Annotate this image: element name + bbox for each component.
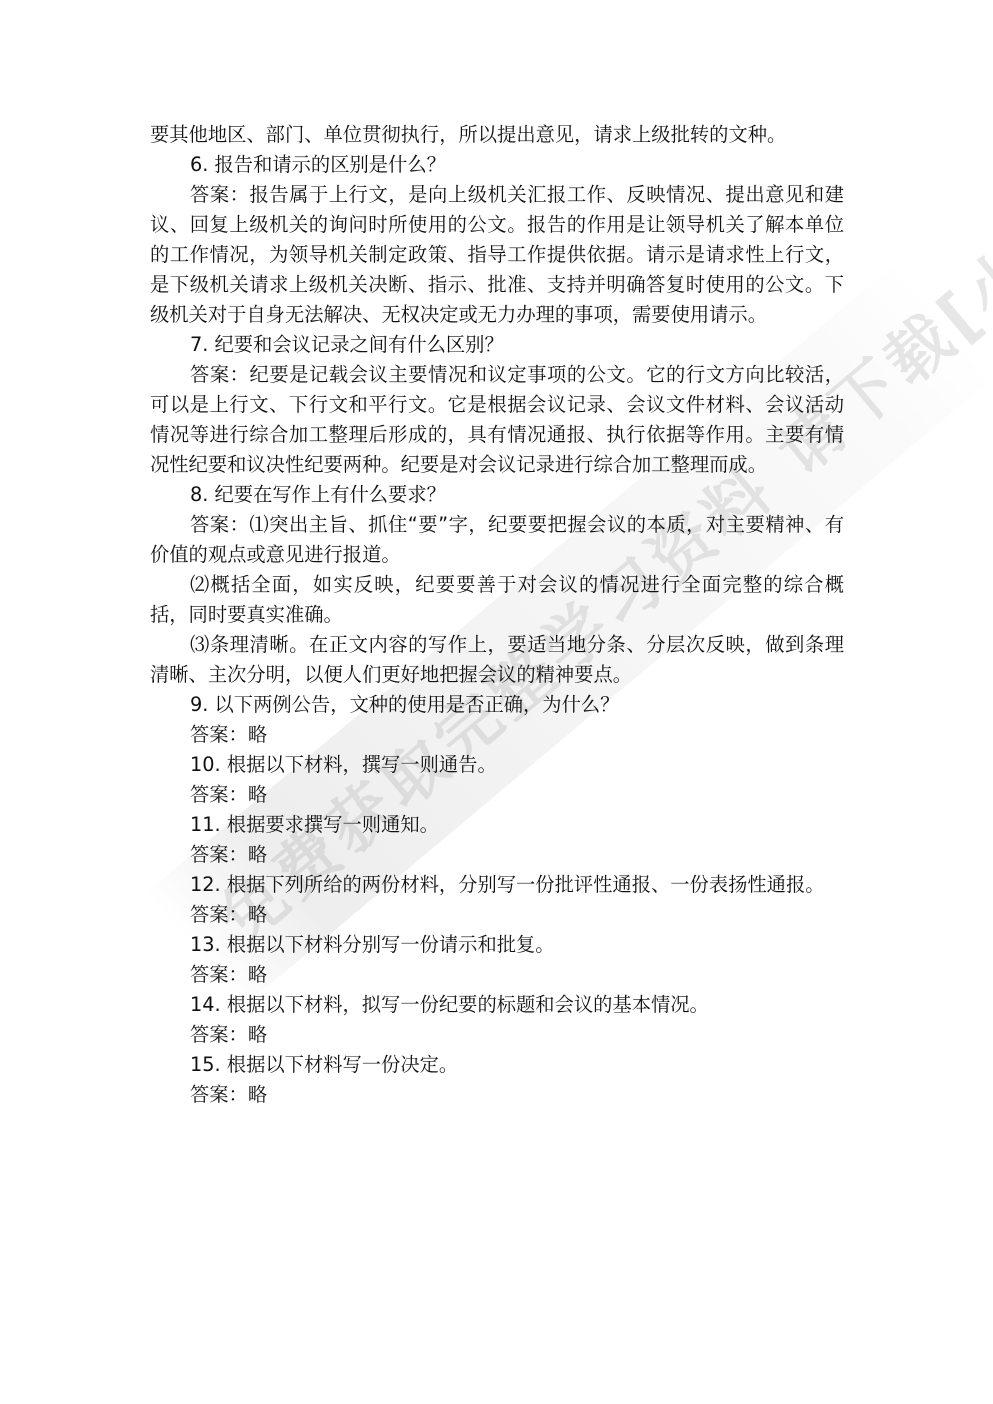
question-15: 15. 根据以下材料写一份决定。 xyxy=(150,1050,844,1080)
question-13: 13. 根据以下材料分别写一份请示和批复。 xyxy=(150,930,844,960)
question-10: 10. 根据以下材料，撰写一则通告。 xyxy=(150,750,844,780)
answer-9: 答案：略 xyxy=(150,720,844,750)
question-11: 11. 根据要求撰写一则通知。 xyxy=(150,810,844,840)
answer-8-point-3: ⑶条理清晰。在正文内容的写作上，要适当地分条、分层次反映，做到条理清晰、主次分明… xyxy=(150,630,844,690)
question-12: 12. 根据下列所给的两份材料，分别写一份批评性通报、一份表扬性通报。 xyxy=(150,870,844,900)
answer-10: 答案：略 xyxy=(150,780,844,810)
question-9: 9. 以下两例公告，文种的使用是否正确，为什么？ xyxy=(150,690,844,720)
question-6: 6. 报告和请示的区别是什么？ xyxy=(150,150,844,180)
answer-13: 答案：略 xyxy=(150,960,844,990)
question-7: 7. 纪要和会议记录之间有什么区别？ xyxy=(150,330,844,360)
paragraph-continuation: 要其他地区、部门、单位贯彻执行，所以提出意见，请求上级批转的文种。 xyxy=(150,120,844,150)
document-page: 免费获取完整学习资料 请下载[小猴]APP 要其他地区、部门、单位贯彻执行，所以… xyxy=(0,0,993,1404)
answer-15: 答案：略 xyxy=(150,1080,844,1110)
answer-8-point-2: ⑵概括全面，如实反映，纪要要善于对会议的情况进行全面完整的综合概括，同时要真实准… xyxy=(150,570,844,630)
question-8: 8. 纪要在写作上有什么要求？ xyxy=(150,480,844,510)
answer-8-point-1: 答案：⑴突出主旨、抓住“要”字，纪要要把握会议的本质，对主要精神、有价值的观点或… xyxy=(150,510,844,570)
answer-12: 答案：略 xyxy=(150,900,844,930)
answer-6: 答案：报告属于上行文，是向上级机关汇报工作、反映情况、提出意见和建议、回复上级机… xyxy=(150,180,844,330)
document-body: 要其他地区、部门、单位贯彻执行，所以提出意见，请求上级批转的文种。 6. 报告和… xyxy=(150,120,844,1110)
answer-11: 答案：略 xyxy=(150,840,844,870)
answer-7: 答案：纪要是记载会议主要情况和议定事项的公文。它的行文方向比较活，可以是上行文、… xyxy=(150,360,844,480)
question-14: 14. 根据以下材料，拟写一份纪要的标题和会议的基本情况。 xyxy=(150,990,844,1020)
answer-14: 答案：略 xyxy=(150,1020,844,1050)
